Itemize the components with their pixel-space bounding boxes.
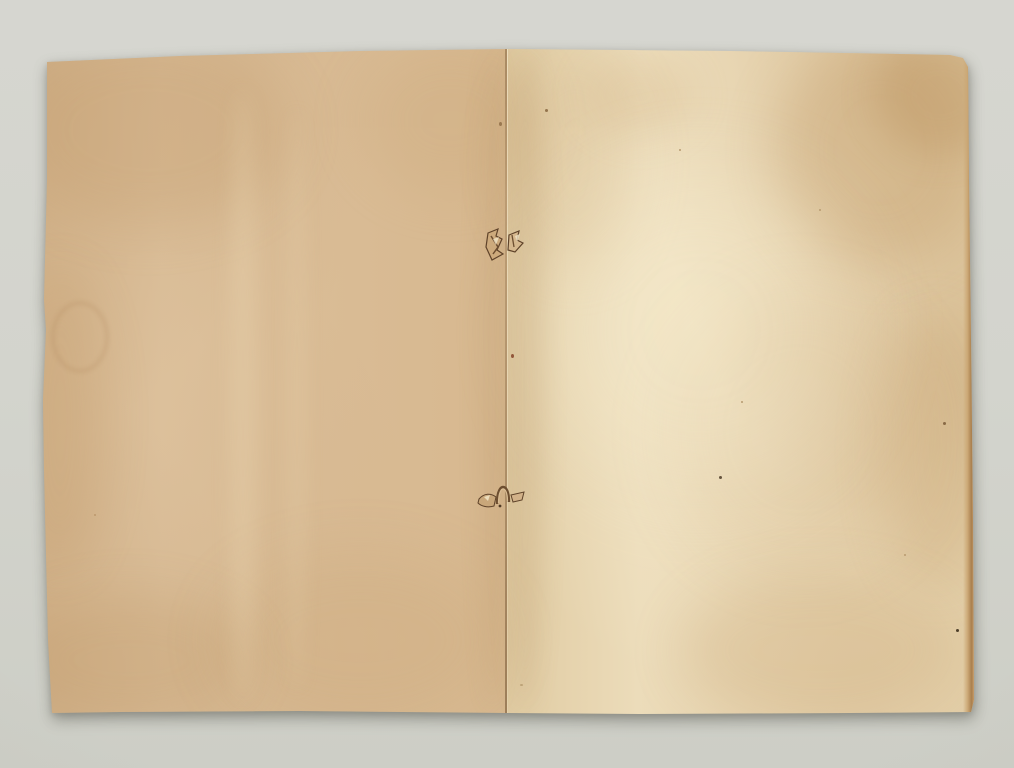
- center-fold-crease: [505, 49, 507, 714]
- open-booklet: [0, 0, 1014, 768]
- left-page: [0, 0, 507, 768]
- stacked-page-edge: [963, 57, 974, 713]
- photo-scene: [0, 0, 1014, 768]
- booklet-shadow: [0, 0, 1014, 768]
- right-page: [507, 0, 1014, 768]
- staple-tear-top: [481, 227, 529, 269]
- staple-tear-bottom: [476, 480, 528, 512]
